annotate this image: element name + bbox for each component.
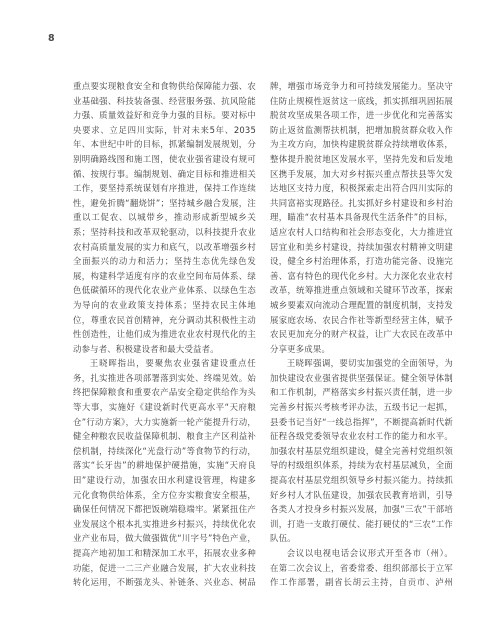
article-paragraph: 王晓晖强调，要切实加强党的全面领导，为加快建设农业强省提供坚强保证。健全领导体制… [270,356,453,546]
page-number: 8 [48,33,55,44]
document-page: 8 重点要实现粮食安全和食物供给保障能力强、农业基础强、科技装备强、经营服务强、… [0,0,503,640]
article-paragraph: 重点要实现粮食安全和食物供给保障能力强、农业基础强、科技装备强、经营服务强、抗风… [73,79,256,356]
article-columns: 重点要实现粮食安全和食物供给保障能力强、农业基础强、科技装备强、经营服务强、抗风… [73,79,453,595]
